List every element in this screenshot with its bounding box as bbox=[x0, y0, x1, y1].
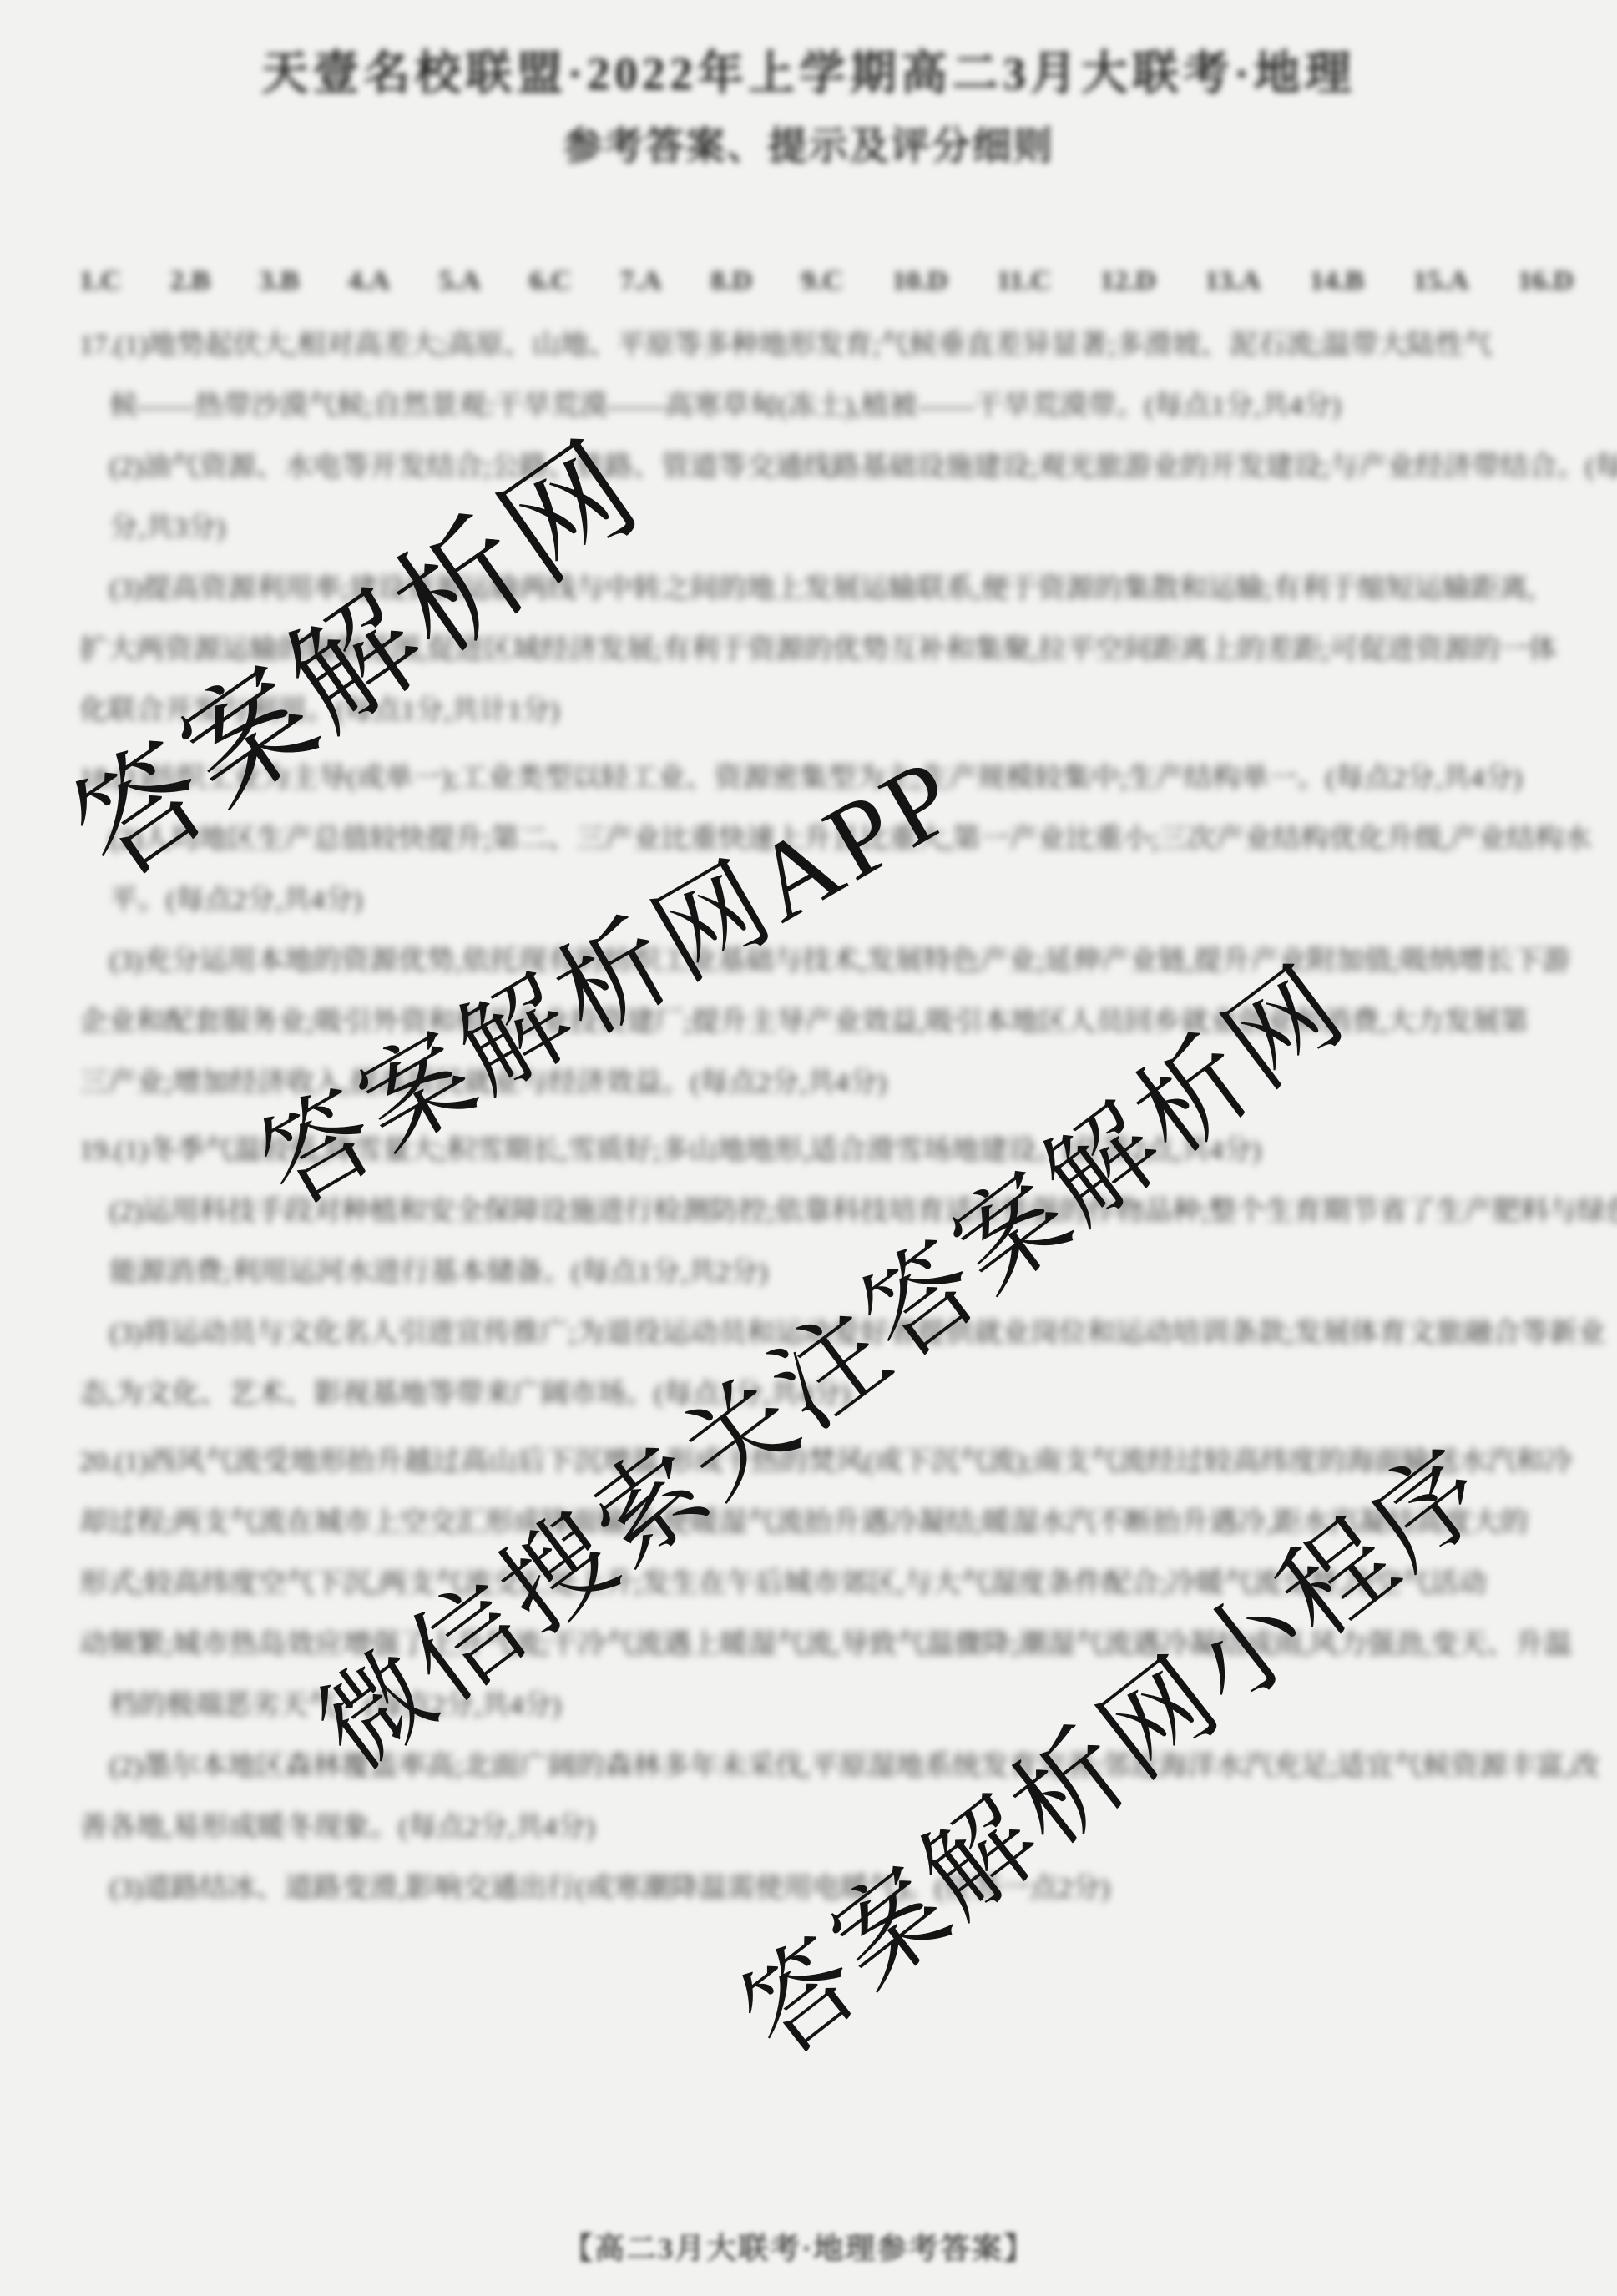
answer-line: 分,共3分) bbox=[79, 497, 1574, 558]
answer-line: 候——热带沙漠气候;自然景观:干旱荒漠——高寒草甸(冻土),植被——干旱荒漠带。… bbox=[79, 376, 1574, 436]
answer-line: (3)充分运用本地的资源优势,依托现有的纺织工业基础与技术,发展特色产业;延伸产… bbox=[79, 931, 1574, 992]
answer-key-item: 14.B bbox=[1310, 265, 1364, 297]
answer-key-item: 16.D bbox=[1518, 265, 1574, 297]
document-page: 天壹名校联盟·2022年上学期高二3月大联考·地理 参考答案、提示及评分细则 1… bbox=[0, 0, 1617, 2296]
answer-line: (2)油气资源、水电等开发结合;公路、铁路、管道等交通线路基础设施建设;观光旅游… bbox=[79, 436, 1574, 497]
page-footer: 【高二3月大联考·地理参考答案】 bbox=[563, 2225, 1035, 2268]
answer-key-item: 11.C bbox=[997, 265, 1051, 297]
answer-line: (2)墨尔本地区森林覆盖率高;北面广阔的森林多年未采伐,平原湿地系统发育完善;邻… bbox=[79, 1736, 1574, 1797]
answer-key-item: 7.A bbox=[620, 265, 662, 297]
answer-key-item: 12.D bbox=[1100, 265, 1156, 297]
answer-key-item: 5.A bbox=[439, 265, 481, 297]
answer-key-item: 8.D bbox=[710, 265, 752, 297]
answer-key-item: 6.C bbox=[529, 265, 571, 297]
answer-key-item: 4.A bbox=[348, 265, 390, 297]
answer-line: 17.(1)地势起伏大,相对高差大;高原、山地、平原等多种地形发育;气候垂直差异… bbox=[79, 315, 1574, 376]
answer-key-item: 1.C bbox=[79, 265, 121, 297]
answer-key-row: 1.C2.B3.B4.A5.A6.C7.A8.D9.C10.D11.C12.D1… bbox=[79, 250, 1574, 311]
answer-key-item: 13.A bbox=[1205, 265, 1261, 297]
answer-key-item: 9.C bbox=[801, 265, 843, 297]
page-title: 天壹名校联盟·2022年上学期高二3月大联考·地理 bbox=[0, 37, 1617, 103]
page-subtitle: 参考答案、提示及评分细则 bbox=[0, 115, 1617, 171]
answer-key-item: 2.B bbox=[170, 265, 210, 297]
answer-key-item: 10.D bbox=[892, 265, 947, 297]
answer-key-item: 15.A bbox=[1412, 265, 1468, 297]
answer-line: 善各地,易形成暖冬现象。(每点2分,共4分) bbox=[79, 1797, 1574, 1858]
answer-key-item: 3.B bbox=[259, 265, 299, 297]
